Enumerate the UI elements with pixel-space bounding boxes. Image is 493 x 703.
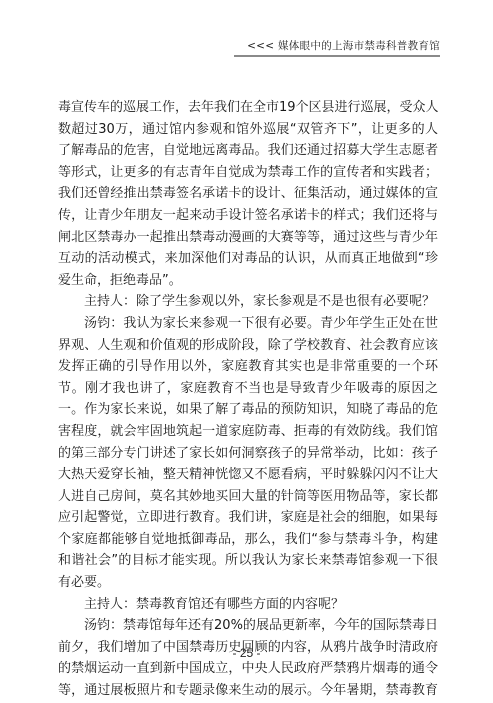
- text-line: 节。刚才我也讲了，家庭教育不当也是导致青少年吸毒的原因之: [58, 378, 438, 400]
- text-line: 的第三部分专门讲述了家长如何洞察孩子的异常举动，比如：孩子: [58, 443, 438, 465]
- page-number: - 25 -: [0, 646, 493, 660]
- text-line: 汤钧：禁毒馆每年还有20%的展品更新率，今年的国际禁毒日: [58, 615, 438, 637]
- text-line: 和谐社会”的目标才能实现。所以我认为家长来禁毒馆参观一下很: [58, 550, 438, 572]
- text-line: 汤钧：我认为家长来参观一下很有必要。青少年学生正处在世: [58, 313, 438, 335]
- text-line: 个家庭都能够自觉地抵御毒品，那么，我们“参与禁毒斗争，构建: [58, 529, 438, 551]
- text-line: 的禁烟运动一直到新中国成立，中央人民政府严禁鸦片烟毒的通令: [58, 658, 438, 680]
- text-line: 主持人：禁毒教育馆还有哪些方面的内容呢？: [58, 594, 438, 616]
- text-line: 数超过30万，通过馆内参观和馆外巡展“双管齐下”，让更多的人: [58, 119, 438, 141]
- text-line: 主持人：除了学生参观以外，家长参观是不是也很有必要呢？: [58, 291, 438, 313]
- text-line: 有必要。: [58, 572, 438, 594]
- text-line: 害程度，就会牢固地筑起一道家庭防毒、拒毒的有效防线。我们馆: [58, 421, 438, 443]
- text-line: 毒宣传车的巡展工作，去年我们在全市19个区县进行巡展，受众人: [58, 97, 438, 119]
- text-line: 人进自己房间，莫名其妙地买回大量的针筒等医用物品等，家长都: [58, 486, 438, 508]
- text-line: 了解毒品的危害，自觉地远离毒品。我们还通过招募大学生志愿者: [58, 140, 438, 162]
- text-line: 我们还曾经推出禁毒签名承诺卡的设计、征集活动，通过媒体的宣: [58, 183, 438, 205]
- text-line: 发挥正确的引导作用以外，家庭教育其实也是非常重要的一个环: [58, 356, 438, 378]
- text-line: 一。作为家长来说，如果了解了毒品的预防知识，知晓了毒品的危: [58, 399, 438, 421]
- text-line: 应引起警觉，立即进行教育。我们讲，家庭是社会的细胞，如果每: [58, 507, 438, 529]
- text-line: 互动的活动模式，来加深他们对毒品的认识，从而真正地做到“珍: [58, 248, 438, 270]
- text-line: 传，让青少年朋友一起来动手设计签名承诺卡的样式；我们还将与: [58, 205, 438, 227]
- header-divider: [234, 55, 440, 57]
- running-header: <<< 媒体眼中的上海市禁毒科普教育馆: [234, 38, 440, 54]
- text-line: 等，通过展板照片和专题录像来生动的展示。今年暑期，禁毒教育: [58, 680, 438, 702]
- text-line: 界观、人生观和价值观的形成阶段，除了学校教育、社会教育应该: [58, 335, 438, 357]
- text-line: 爱生命，拒绝毒品”。: [58, 270, 438, 292]
- body-text: 毒宣传车的巡展工作，去年我们在全市19个区县进行巡展，受众人数超过30万，通过馆…: [58, 97, 438, 702]
- text-line: 闸北区禁毒办一起推出禁毒动漫画的大赛等等，通过这些与青少年: [58, 227, 438, 249]
- text-line: 等形式，让更多的有志青年自觉成为禁毒工作的宣传者和实践者；: [58, 162, 438, 184]
- text-line: 大热天爱穿长袖，整天精神恍惚又不愿看病，平时躲躲闪闪不让大: [58, 464, 438, 486]
